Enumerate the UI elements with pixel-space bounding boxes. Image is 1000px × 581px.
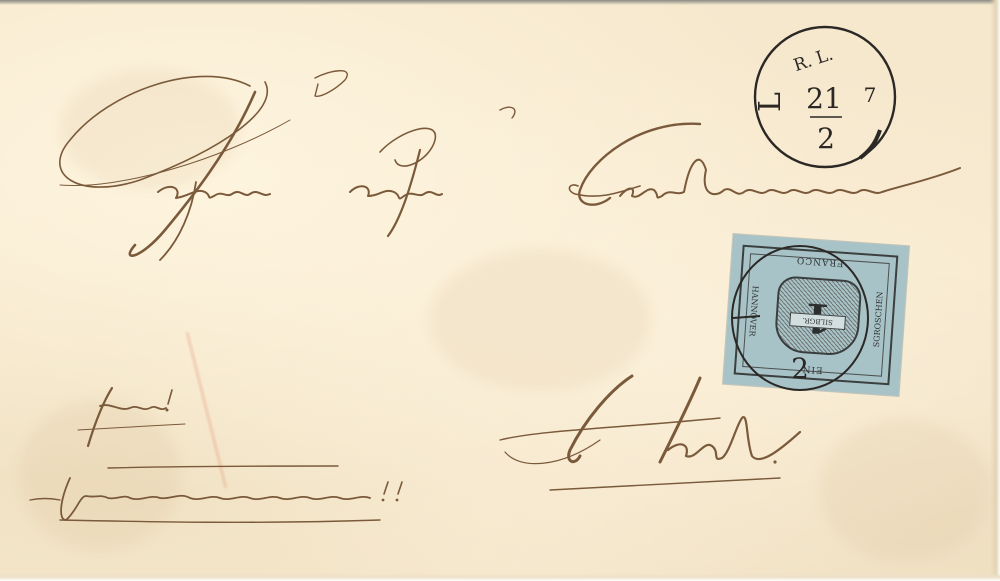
stamp-cancellation: 2 [732,246,868,390]
postmark-month: 2 [817,122,835,155]
stamp-cancel-month: 2 [791,352,809,385]
envelope: FRANCO HANNOVER SGROSCHEN 1 SILBGR. EIN … [0,0,1000,581]
circular-datestamp: L R. L. 21 7 2 [753,27,895,167]
postmark-arc-text: R. L. [791,45,836,76]
postmark-day: 21 [806,82,842,115]
postmark-layer: L R. L. 21 7 2 2 [0,0,1000,581]
postmark-year-fragment: 7 [864,83,877,107]
postmark-town-initial: L [753,92,788,112]
